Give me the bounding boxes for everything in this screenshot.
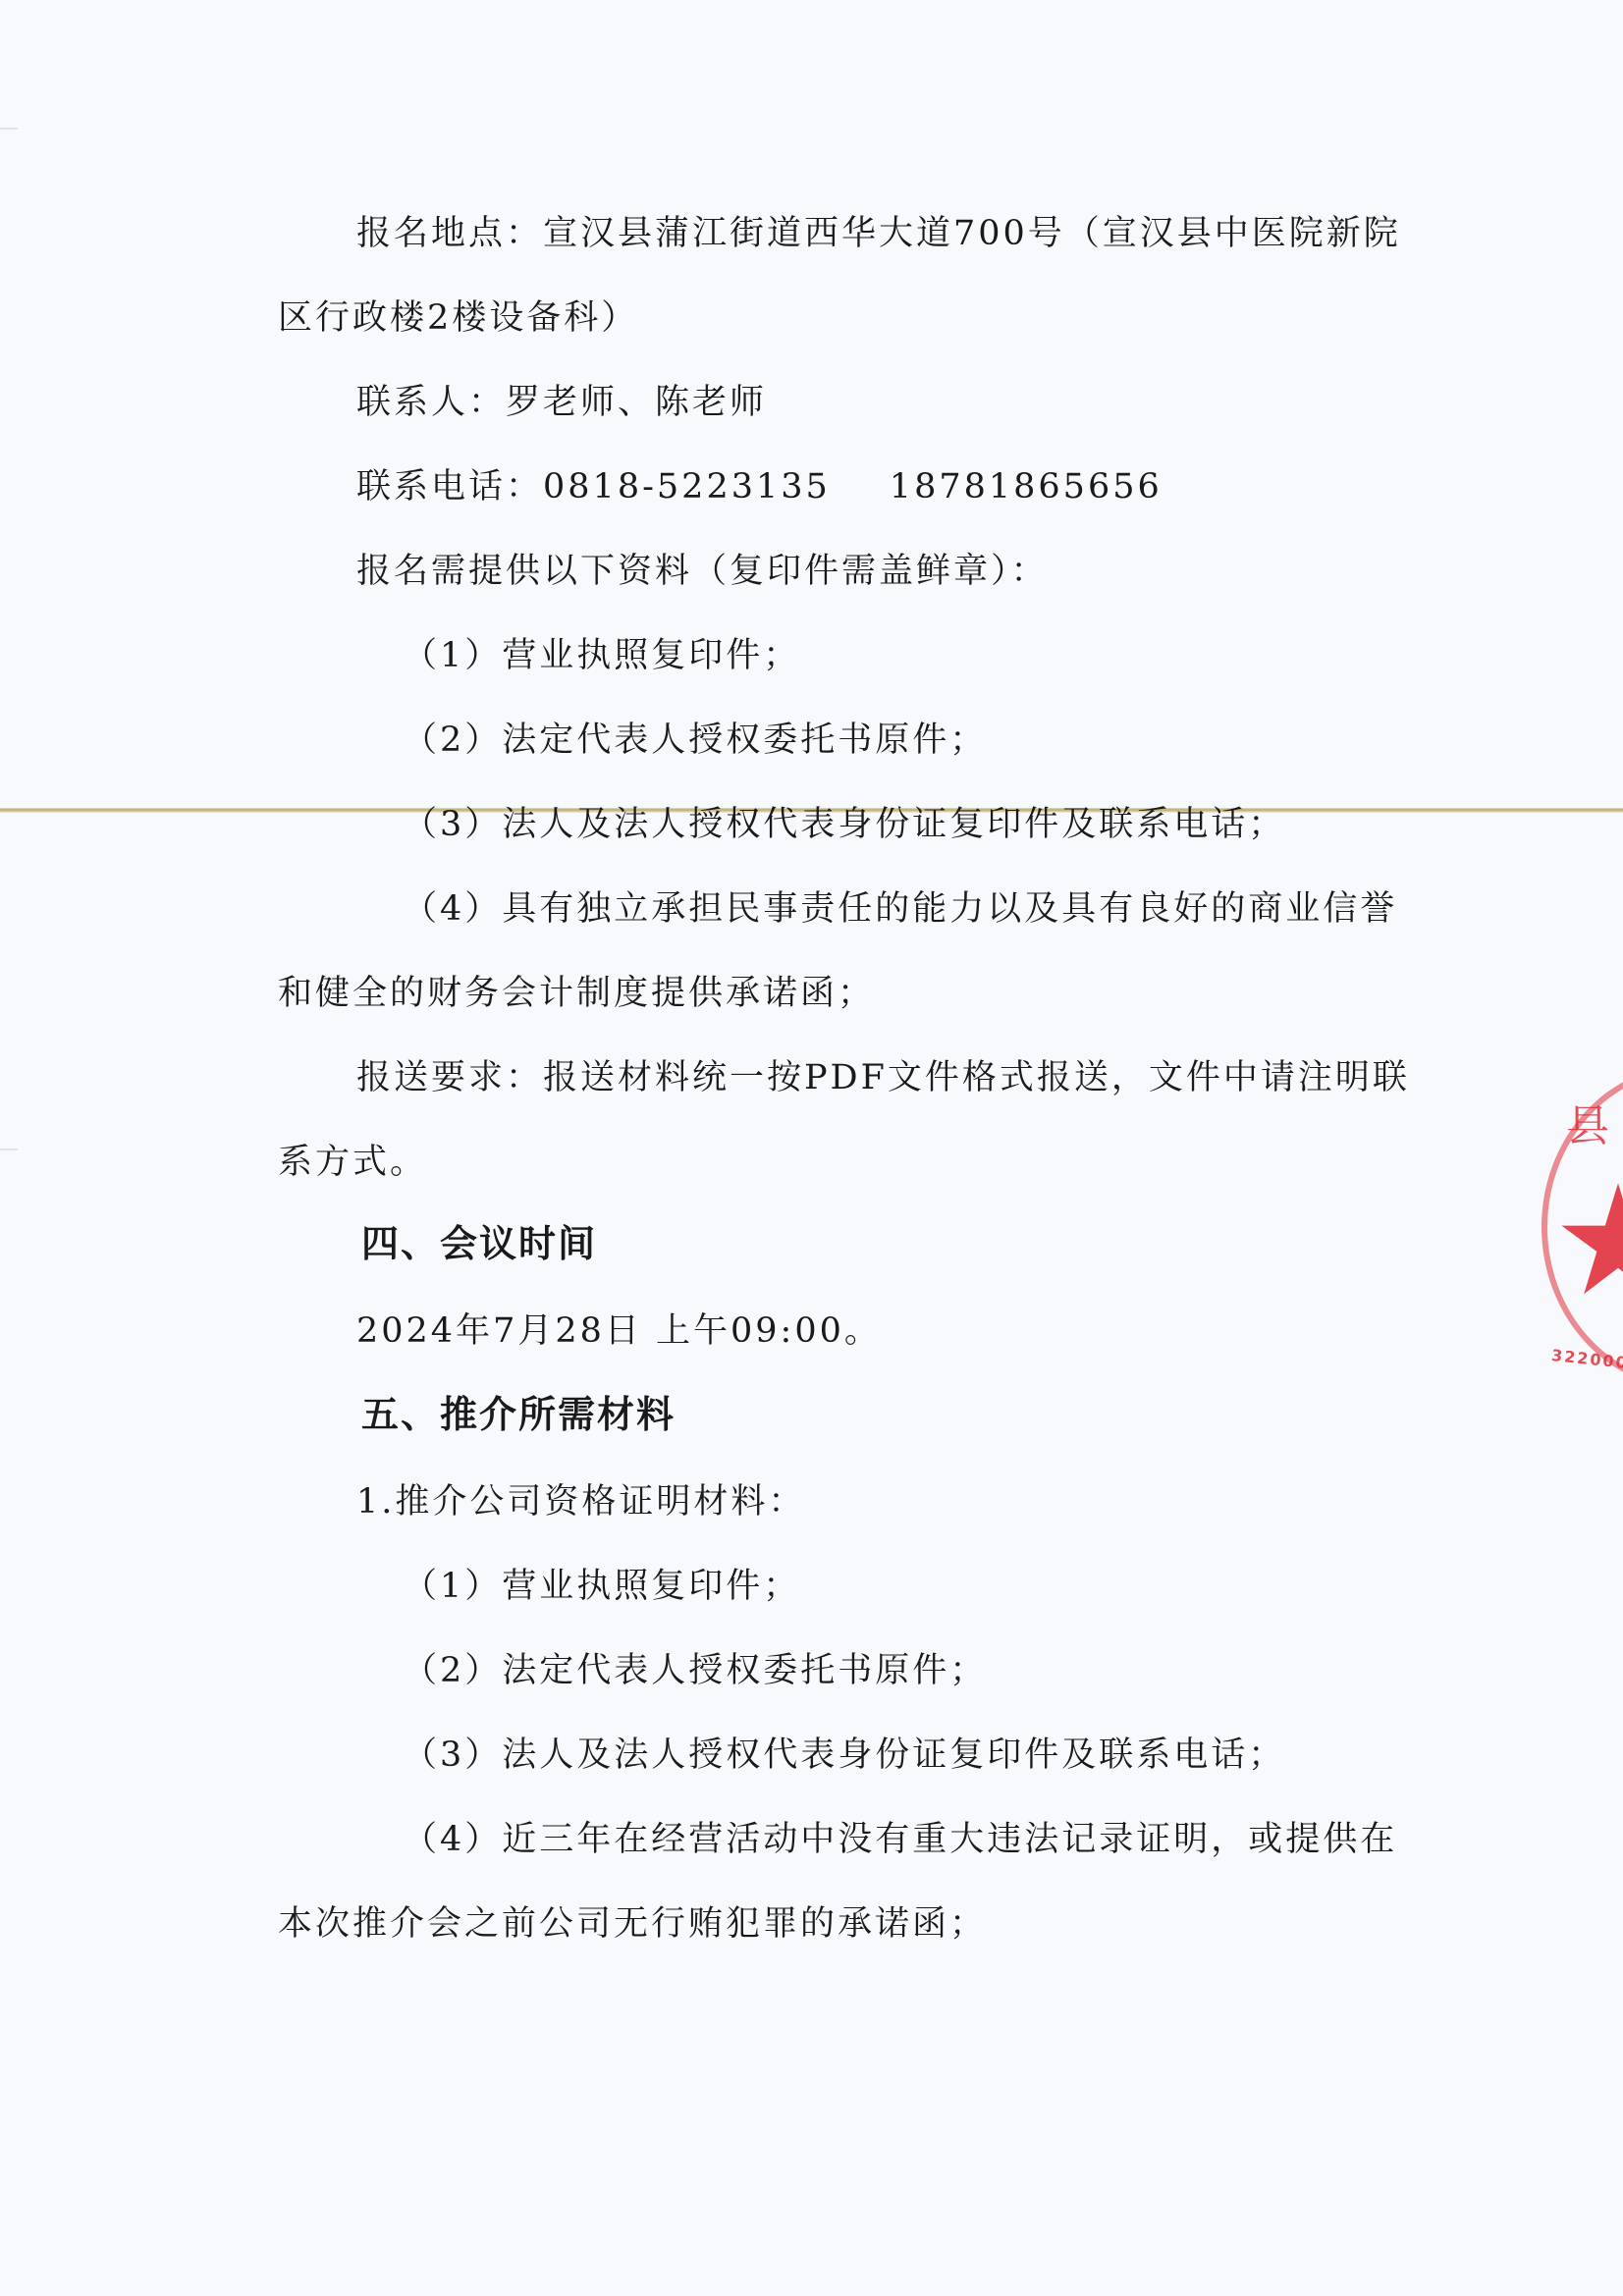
contact-phone-2: 18781865656 <box>890 467 1163 507</box>
section5-item-continued: 本次推介会之前公司无行贿犯罪的承诺函； <box>278 1902 987 1946</box>
contact-person: 联系人：罗老师、陈老师 <box>356 381 767 424</box>
contact-phone-1: 0818-5223135 <box>543 467 831 507</box>
material-item: （3）法人及法人授权代表身份证复印件及联系电话； <box>403 803 1285 846</box>
section5-heading: 五、推介所需材料 <box>361 1392 676 1437</box>
section5-item: （1）营业执照复印件； <box>403 1565 800 1608</box>
section5-item: （4）近三年在经营活动中没有重大违法记录证明，或提供在 <box>403 1818 1397 1861</box>
section5-item: （3）法人及法人授权代表身份证复印件及联系电话； <box>403 1734 1285 1777</box>
registration-location-line2: 区行政楼2楼设备科） <box>278 296 638 340</box>
scan-edge-mark <box>0 1148 18 1150</box>
meeting-datetime: 2024年7月28日 上午09:00。 <box>356 1309 882 1353</box>
section5-item: （2）法定代表人授权委托书原件； <box>403 1649 987 1692</box>
contact-phone-row: 联系电话：0818-522313518781865656 <box>356 465 1163 508</box>
official-seal: 县 322000 <box>1542 1065 1623 1389</box>
materials-intro: 报名需提供以下资料（复印件需盖鲜章）： <box>356 550 1049 593</box>
seal-star-icon <box>1559 1181 1623 1299</box>
material-item: （1）营业执照复印件； <box>403 634 800 677</box>
material-item-continued: 和健全的财务会计制度提供承诺函； <box>278 972 875 1015</box>
section5-sub1: 1.推介公司资格证明材料： <box>356 1480 805 1523</box>
material-item: （4）具有独立承担民事责任的能力以及具有良好的商业信誉 <box>403 887 1397 931</box>
material-item: （2）法定代表人授权委托书原件； <box>403 719 987 762</box>
document-page: 报名地点：宣汉县蒲江街道西华大道700号（宣汉县中医院新院 区行政楼2楼设备科）… <box>0 0 1623 2296</box>
submission-line2: 系方式。 <box>278 1141 427 1184</box>
scan-edge-mark <box>0 128 18 130</box>
registration-location-line1: 报名地点：宣汉县蒲江街道西华大道700号（宣汉县中医院新院 <box>356 212 1401 255</box>
official-seal-clip: 县 322000 <box>1512 1041 1623 1414</box>
seal-character: 县 <box>1566 1091 1609 1153</box>
section4-heading: 四、会议时间 <box>361 1221 597 1266</box>
contact-phone-label: 联系电话： <box>356 467 543 507</box>
submission-line1: 报送要求：报送材料统一按PDF文件格式报送，文件中请注明联 <box>356 1056 1410 1099</box>
